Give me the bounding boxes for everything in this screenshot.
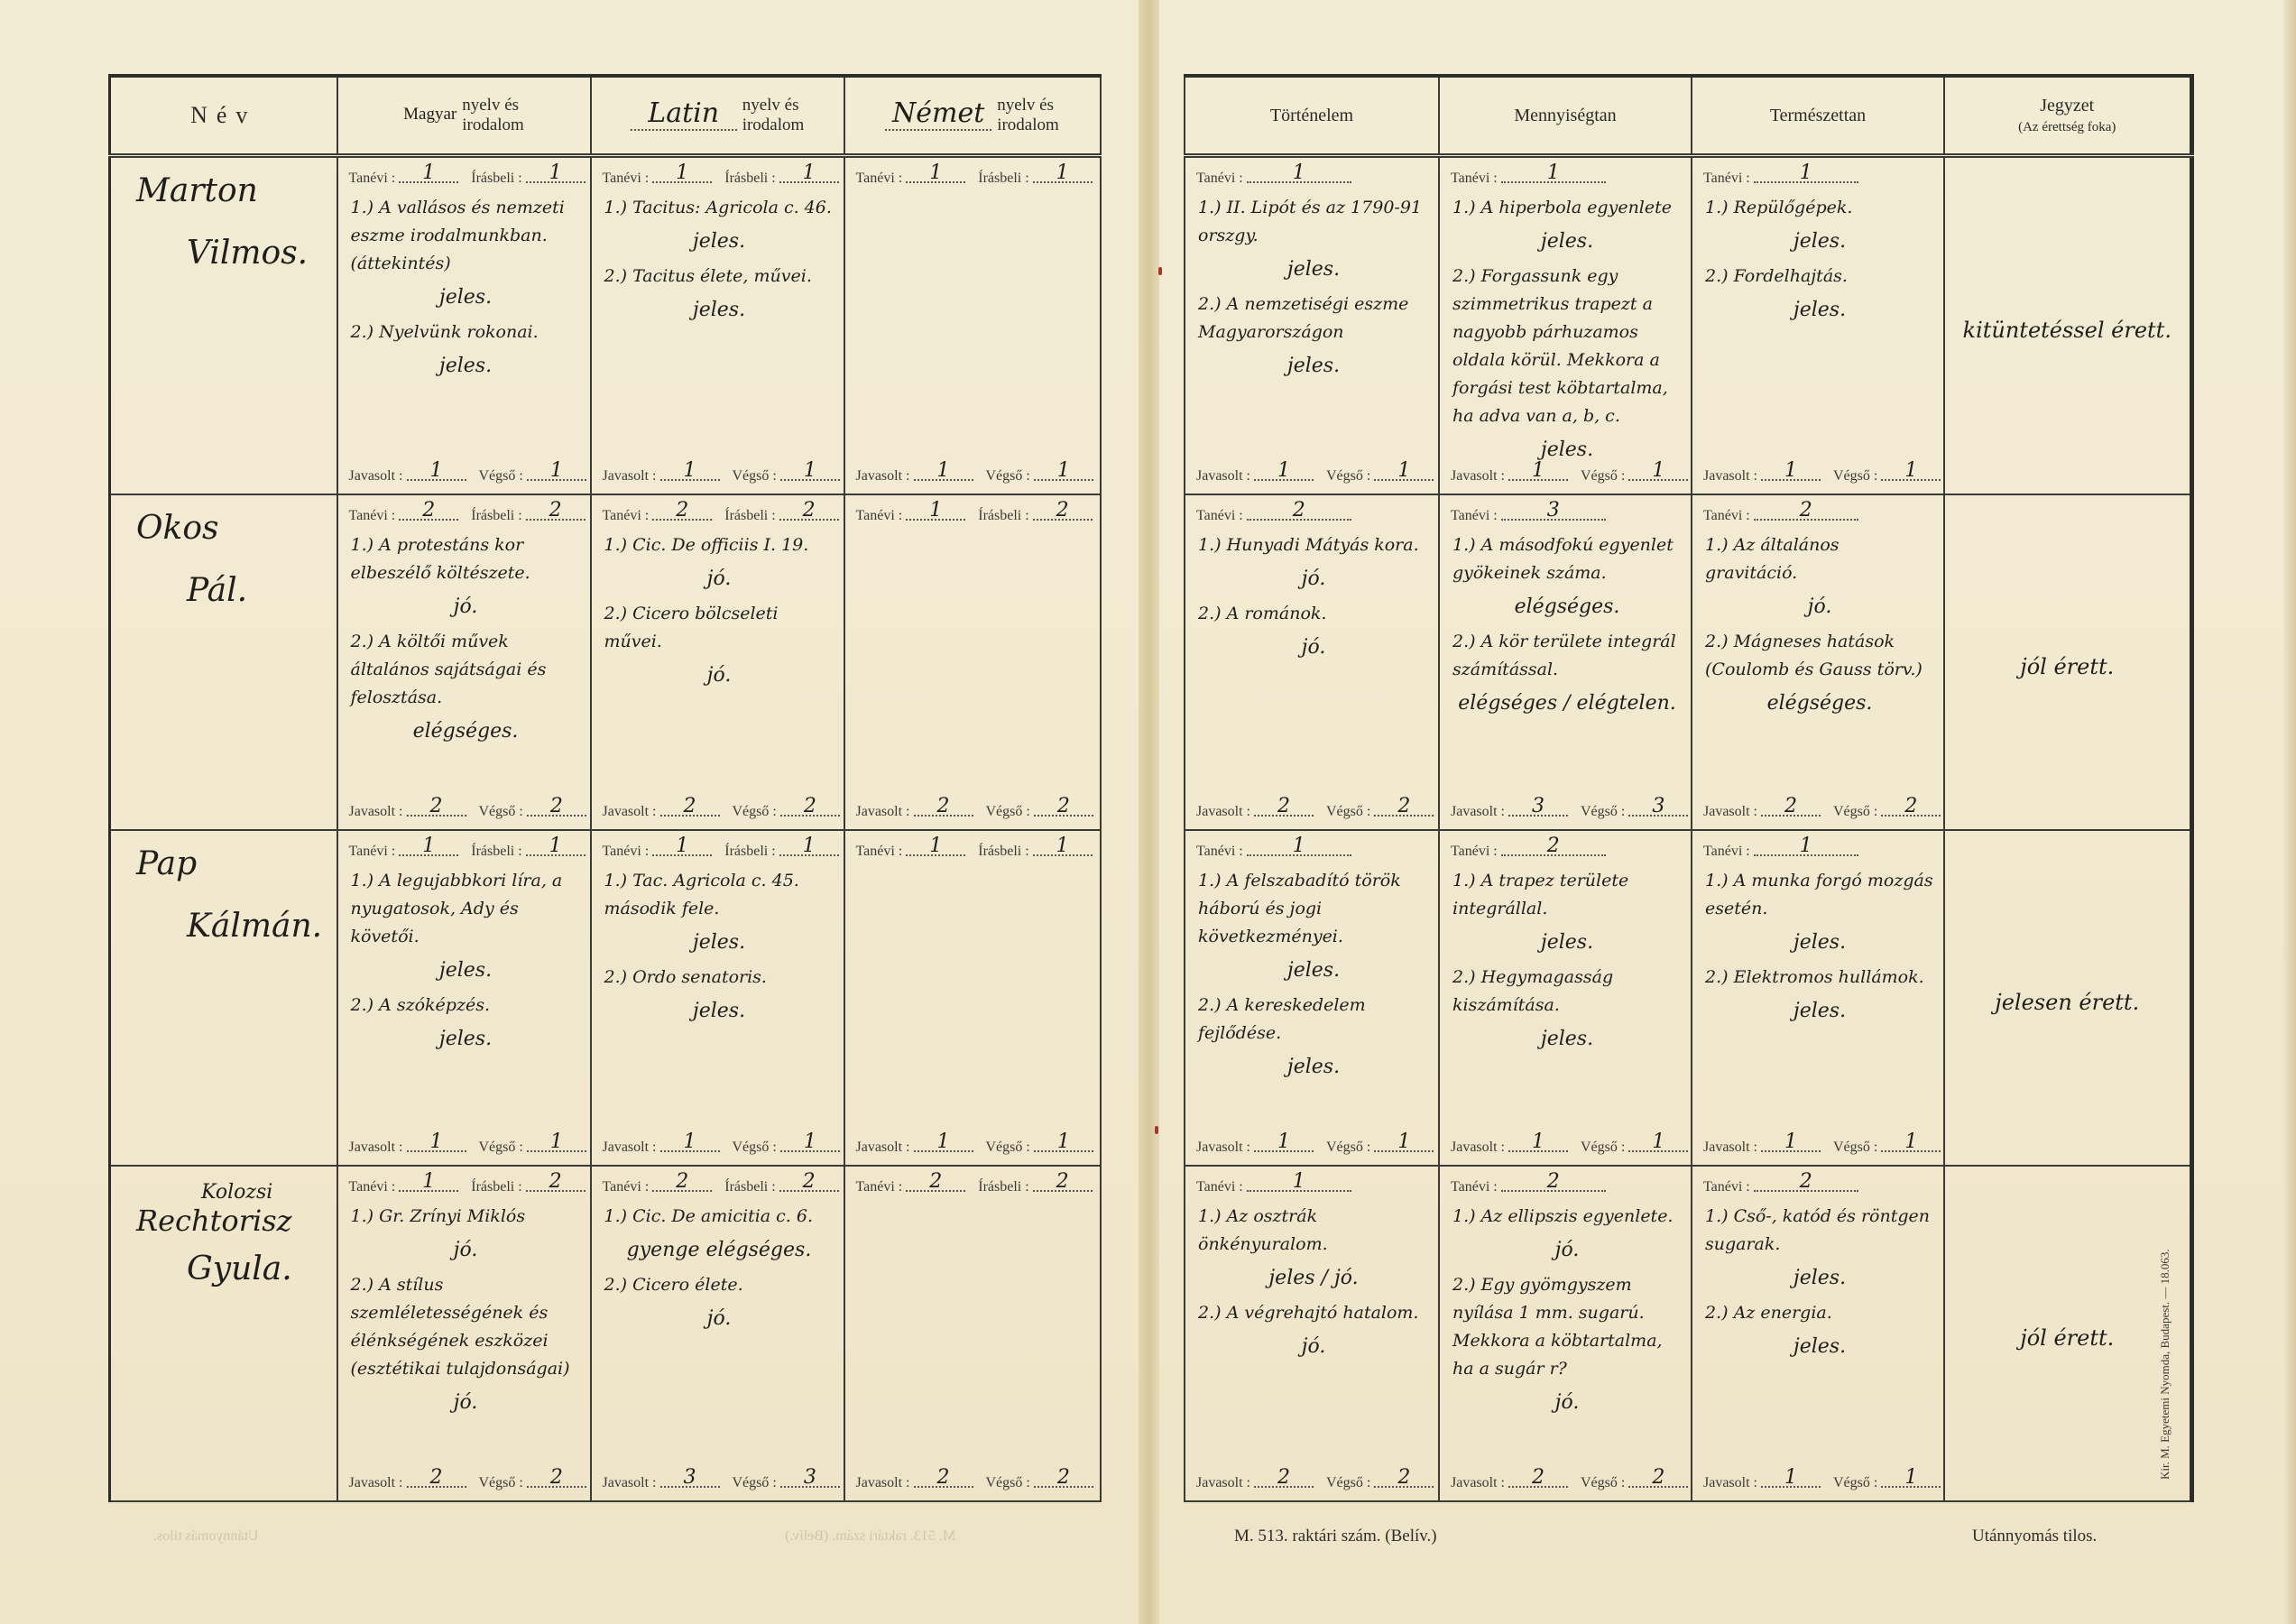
value-tanevi: 1	[1247, 165, 1351, 183]
cell-tortenelem: Tanévi : 11.) Az osztrák önkényuralom.je…	[1185, 1166, 1439, 1501]
cell-termeszettan: Tanévi : 21.) Cső-, katód és röntgen sug…	[1692, 1166, 1944, 1501]
value-javasolt: 1	[1761, 463, 1821, 481]
scores-top: Tanévi : 1	[1185, 1167, 1438, 1195]
exam-grade: jeles.	[351, 352, 581, 380]
binding-mark	[1158, 267, 1162, 275]
exam-topics: 1.) A protestáns kor elbeszélő költészet…	[338, 524, 590, 745]
label-vegso: Végső :	[1833, 804, 1877, 819]
exam-topic: 2.) Egy gyömgyszem nyílása 1 mm. sugarú.…	[1452, 1271, 1682, 1383]
value-tanevi: 1	[906, 503, 965, 521]
exam-topics: 1.) A trapez területe integrállal.jeles.…	[1440, 860, 1691, 1053]
scores-top: Tanévi : 1Írásbeli : 1	[338, 831, 590, 860]
label-javasolt: Javasolt :	[856, 804, 910, 819]
cell-jegyzet: jól érett.	[1944, 1166, 2191, 1501]
exam-topics: 1.) A másodfokú egyenlet gyökeinek száma…	[1440, 524, 1691, 717]
exam-topics: 1.) Gr. Zrínyi Miklósjó.2.) A stílus sze…	[338, 1195, 590, 1416]
exam-grade: jeles.	[1705, 1333, 1934, 1361]
label-vegso: Végső :	[733, 1475, 777, 1490]
value-vegso: 1	[1374, 1134, 1434, 1152]
exam-grade: jeles.	[1705, 1264, 1934, 1292]
exam-grade: jeles.	[604, 997, 834, 1025]
label-javasolt: Javasolt :	[1703, 468, 1757, 484]
label-tanevi: Tanévi :	[1703, 508, 1750, 523]
exam-topic: 1.) A protestáns kor elbeszélő költészet…	[351, 531, 581, 587]
value-javasolt: 1	[1254, 1134, 1314, 1152]
scores-top: Tanévi : 2Írásbeli : 2	[845, 1167, 1100, 1195]
label-tanevi: Tanévi :	[1703, 171, 1750, 186]
exam-topics: 1.) Cic. De officiis I. 19.jó.2.) Cicero…	[592, 524, 844, 689]
label-irasbeli: Írásbeli :	[471, 508, 521, 523]
value-vegso: 2	[1034, 1470, 1093, 1488]
label-vegso: Végső :	[479, 1140, 523, 1155]
label-javasolt: Javasolt :	[856, 1140, 910, 1155]
exam-topics: 1.) A legujabbkori líra, a nyugatosok, A…	[338, 860, 590, 1053]
exam-topic: 1.) Cic. De amicitia c. 6.	[604, 1203, 834, 1231]
student-row: Tanévi : 11.) II. Lipót és az 1790-91 or…	[1185, 156, 2191, 495]
scores-bottom: Javasolt : 1Végső : 1	[349, 466, 599, 484]
value-tanevi: 1	[399, 165, 458, 183]
label-vegso: Végső :	[1581, 1475, 1625, 1490]
exam-grade: jó.	[604, 661, 834, 689]
label-vegso: Végső :	[986, 1140, 1030, 1155]
value-irasbeli: 2	[1033, 503, 1093, 521]
cell-nemet: Tanévi : 1Írásbeli : 2Javasolt : 2Végső …	[844, 494, 1101, 830]
exam-topic: 2.) A végrehajtó hatalom.	[1198, 1299, 1429, 1327]
exam-topic: 2.) Forgassunk egy szimmetrikus trapezt …	[1452, 263, 1682, 430]
bleed-through-text: M. 513. raktári szám. (Belív.)	[785, 1528, 955, 1545]
cell-jegyzet: jelesen érett.	[1944, 830, 2191, 1166]
label-irasbeli: Írásbeli :	[978, 844, 1028, 859]
value-vegso: 1	[1628, 463, 1688, 481]
exam-topic: 2.) A szóképzés.	[351, 992, 581, 1020]
student-row: KolozsiRechtoriszGyula.Tanévi : 1Írásbel…	[110, 1166, 1101, 1501]
value-vegso: 2	[1034, 798, 1093, 817]
scores-bottom: Javasolt : 1Végső : 1	[603, 466, 853, 484]
header-latin-prefix: Latin	[631, 100, 737, 131]
exam-grade: jeles.	[1705, 997, 1934, 1025]
student-given-name: Gyula.	[136, 1250, 337, 1287]
scores-top: Tanévi : 1Írásbeli : 1	[592, 158, 844, 187]
label-tanevi: Tanévi :	[1451, 844, 1498, 859]
scores-top: Tanévi : 2Írásbeli : 2	[338, 495, 590, 524]
value-vegso: 1	[1881, 1470, 1941, 1488]
exam-grade: jó.	[1705, 593, 1934, 621]
scores-top: Tanévi : 1Írásbeli : 2	[338, 1167, 590, 1195]
exam-grade: jó.	[1452, 1389, 1682, 1416]
label-vegso: Végső :	[1833, 468, 1877, 484]
header-jegyzet-subtitle: (Az érettség foka)	[1945, 120, 2190, 135]
header-latin: Latin nyelv ésirodalom	[591, 76, 844, 156]
scores-top: Tanévi : 1	[1185, 831, 1438, 860]
label-irasbeli: Írásbeli :	[471, 844, 521, 859]
exam-topic: 2.) Fordelhajtás.	[1705, 263, 1934, 291]
label-vegso: Végső :	[733, 804, 777, 819]
scores-bottom: Javasolt : 2Végső : 2	[856, 802, 1106, 820]
exam-topic: 1.) A legujabbkori líra, a nyugatosok, A…	[351, 867, 581, 951]
student-row: Tanévi : 21.) Hunyadi Mátyás kora.jó.2.)…	[1185, 494, 2191, 830]
label-javasolt: Javasolt :	[603, 1140, 657, 1155]
value-tanevi: 1	[652, 838, 712, 856]
value-tanevi: 1	[906, 165, 965, 183]
exam-topic: 1.) Az általános gravitáció.	[1705, 531, 1934, 587]
exam-topic: 1.) A felszabadító török háború és jogi …	[1198, 867, 1429, 951]
label-irasbeli: Írásbeli :	[978, 171, 1028, 186]
value-irasbeli: 2	[526, 503, 586, 521]
label-irasbeli: Írásbeli :	[978, 1179, 1028, 1195]
value-tanevi: 2	[652, 1174, 712, 1192]
scores-bottom: Javasolt : 1Végső : 1	[1451, 466, 1701, 484]
label-javasolt: Javasolt :	[856, 468, 910, 484]
value-tanevi: 2	[399, 503, 458, 521]
exam-grade: jeles.	[351, 1025, 581, 1053]
exam-grade: elégséges.	[351, 717, 581, 745]
scores-top: Tanévi : 1Írásbeli : 1	[845, 831, 1100, 860]
label-tanevi: Tanévi :	[856, 1179, 903, 1195]
label-tanevi: Tanévi :	[1196, 171, 1243, 186]
label-tanevi: Tanévi :	[856, 171, 903, 186]
scores-top: Tanévi : 2Írásbeli : 2	[592, 495, 844, 524]
value-irasbeli: 1	[779, 165, 839, 183]
label-irasbeli: Írásbeli :	[471, 1179, 521, 1195]
exam-topic: 2.) Az energia.	[1705, 1299, 1934, 1327]
exam-grade: jó.	[1198, 1333, 1429, 1361]
exam-topics: 1.) Az ellipszis egyenlete.jó.2.) Egy gy…	[1440, 1195, 1691, 1416]
value-irasbeli: 2	[779, 503, 839, 521]
value-javasolt: 1	[1508, 463, 1568, 481]
exam-grade: jeles.	[1705, 296, 1934, 324]
exam-grade: jeles.	[1705, 928, 1934, 956]
value-tanevi: 1	[1754, 165, 1858, 183]
header-mennyisegtan: Mennyiségtan	[1439, 76, 1692, 156]
exam-topic: 2.) A költői művek általános sajátságai …	[351, 628, 581, 712]
student-name-cell: OkosPál.	[110, 494, 337, 830]
label-vegso: Végső :	[986, 1475, 1030, 1490]
value-tanevi: 2	[1247, 503, 1351, 521]
label-javasolt: Javasolt :	[349, 468, 403, 484]
exam-topic: 2.) A stílus szemléletességének és élénk…	[351, 1271, 581, 1383]
header-nemet-prefix: Német	[885, 100, 991, 131]
label-vegso: Végső :	[479, 804, 523, 819]
exam-topics: 1.) Hunyadi Mátyás kora.jó.2.) A románok…	[1185, 524, 1438, 661]
value-irasbeli: 1	[1033, 838, 1093, 856]
header-magyar-line1: nyelv és	[462, 96, 519, 115]
exam-topic: 1.) Gr. Zrínyi Miklós	[351, 1203, 581, 1231]
exam-grade: jeles.	[604, 928, 834, 956]
exam-topic: 2.) Nyelvünk rokonai.	[351, 318, 581, 346]
label-javasolt: Javasolt :	[349, 1475, 403, 1490]
student-surname: Rechtorisz	[136, 1204, 337, 1238]
label-vegso: Végső :	[1326, 1475, 1370, 1490]
value-vegso: 2	[780, 798, 840, 817]
label-tanevi: Tanévi :	[1703, 1179, 1750, 1195]
scores-bottom: Javasolt : 1Végső : 1	[603, 1138, 853, 1156]
student-surname: Pap	[136, 845, 337, 882]
value-javasolt: 1	[407, 463, 466, 481]
student-given-name: Vilmos.	[136, 235, 337, 272]
scores-bottom: Javasolt : 2Végső : 2	[603, 802, 853, 820]
cell-latin: Tanévi : 2Írásbeli : 21.) Cic. De amicit…	[591, 1166, 844, 1501]
value-tanevi: 1	[399, 838, 458, 856]
label-irasbeli: Írásbeli :	[724, 508, 775, 523]
label-javasolt: Javasolt :	[349, 1140, 403, 1155]
exam-grade: jó.	[351, 593, 581, 621]
label-vegso: Végső :	[1326, 468, 1370, 484]
scores-top: Tanévi : 1Írásbeli : 1	[592, 831, 844, 860]
scores-bottom: Javasolt : 2Végső : 2	[1703, 802, 1953, 820]
label-tanevi: Tanévi :	[603, 844, 650, 859]
label-vegso: Végső :	[1326, 804, 1370, 819]
value-vegso: 2	[1881, 798, 1941, 817]
value-irasbeli: 2	[779, 1174, 839, 1192]
label-javasolt: Javasolt :	[1196, 468, 1250, 484]
left-grade-table: Név Magyar nyelv ésirodalom Latin nyelv …	[108, 74, 1102, 1502]
exam-topic: 2.) Cicero bölcseleti művei.	[604, 600, 834, 656]
value-vegso: 1	[1374, 463, 1434, 481]
exam-grade: jó.	[604, 565, 834, 593]
exam-topics	[845, 187, 1100, 194]
student-surname: Marton	[136, 172, 337, 209]
value-vegso: 1	[1034, 1134, 1093, 1152]
value-javasolt: 1	[1254, 463, 1314, 481]
value-tanevi: 2	[652, 503, 712, 521]
maturity-grade-note: jól érett.	[1945, 1320, 2190, 1356]
value-irasbeli: 1	[526, 838, 586, 856]
scores-bottom: Javasolt : 1Végső : 1	[1451, 1138, 1701, 1156]
value-vegso: 2	[527, 798, 586, 817]
value-tanevi: 1	[399, 1174, 458, 1192]
value-tanevi: 1	[1247, 838, 1351, 856]
exam-topic: 2.) A kör területe integrál számítással.	[1452, 628, 1682, 684]
scores-top: Tanévi : 2Írásbeli : 2	[592, 1167, 844, 1195]
book-gutter	[1139, 0, 1159, 1624]
label-tanevi: Tanévi :	[1196, 508, 1243, 523]
cell-termeszettan: Tanévi : 11.) A munka forgó mozgás eseté…	[1692, 830, 1944, 1166]
label-vegso: Végső :	[733, 1140, 777, 1155]
exam-grade: jeles.	[351, 956, 581, 984]
value-javasolt: 2	[914, 798, 973, 817]
scores-bottom: Javasolt : 2Végső : 2	[349, 1473, 599, 1491]
label-vegso: Végső :	[479, 1475, 523, 1490]
scores-bottom: Javasolt : 1Végső : 1	[1703, 466, 1953, 484]
exam-topic: 1.) II. Lipót és az 1790-91 orszgy.	[1198, 194, 1429, 250]
label-javasolt: Javasolt :	[603, 804, 657, 819]
header-magyar-prefix: Magyar	[403, 101, 456, 130]
label-tanevi: Tanévi :	[349, 171, 396, 186]
header-name: Név	[110, 76, 337, 156]
exam-grade: jeles.	[604, 227, 834, 255]
student-row: PapKálmán.Tanévi : 1Írásbeli : 11.) A le…	[110, 830, 1101, 1166]
scores-bottom: Javasolt : 3Végső : 3	[603, 1473, 853, 1491]
student-row: Tanévi : 11.) Az osztrák önkényuralom.je…	[1185, 1166, 2191, 1501]
exam-topic: 2.) Cicero élete.	[604, 1271, 834, 1299]
cell-latin: Tanévi : 1Írásbeli : 11.) Tacitus: Agric…	[591, 156, 844, 495]
exam-topic: 2.) Hegymagasság kiszámítása.	[1452, 964, 1682, 1020]
label-tanevi: Tanévi :	[1196, 844, 1243, 859]
value-tanevi: 2	[1754, 503, 1858, 521]
exam-topic: 1.) Tac. Agricola c. 45. második fele.	[604, 867, 834, 923]
student-name-cell: KolozsiRechtoriszGyula.	[110, 1166, 337, 1501]
exam-topics: 1.) II. Lipót és az 1790-91 orszgy.jeles…	[1185, 187, 1438, 380]
scores-top: Tanévi : 3	[1440, 495, 1691, 524]
exam-topic: 2.) A nemzetiségi eszme Magyarországon	[1198, 291, 1429, 346]
cell-jegyzet: jól érett.	[1944, 494, 2191, 830]
maturity-grade-note: kitüntetéssel érett.	[1945, 312, 2190, 348]
value-irasbeli: 1	[779, 838, 839, 856]
label-irasbeli: Írásbeli :	[724, 1179, 775, 1195]
label-tanevi: Tanévi :	[603, 508, 650, 523]
value-javasolt: 3	[1508, 798, 1568, 817]
cell-nemet: Tanévi : 1Írásbeli : 1Javasolt : 1Végső …	[844, 830, 1101, 1166]
exam-grade: elégséges / elégtelen.	[1452, 689, 1682, 717]
header-nemet: Német nyelv ésirodalom	[844, 76, 1101, 156]
header-jegyzet-title: Jegyzet	[2040, 96, 2094, 115]
label-irasbeli: Írásbeli :	[724, 171, 775, 186]
exam-topics: 1.) Az általános gravitáció.jó.2.) Mágne…	[1692, 524, 1943, 717]
scores-top: Tanévi : 1	[1185, 158, 1438, 187]
footer-reprint-notice: Utánnyomás tilos.	[1972, 1527, 2097, 1546]
label-vegso: Végső :	[1581, 468, 1625, 484]
value-vegso: 1	[780, 463, 840, 481]
student-name-prefix: Kolozsi	[136, 1181, 337, 1204]
scores-bottom: Javasolt : 2Végső : 2	[1196, 1473, 1446, 1491]
value-tanevi: 1	[1247, 1174, 1351, 1192]
exam-topic: 2.) Ordo senatoris.	[604, 964, 834, 992]
exam-topics: 1.) A felszabadító török háború és jogi …	[1185, 860, 1438, 1081]
cell-termeszettan: Tanévi : 21.) Az általános gravitáció.jó…	[1692, 494, 1944, 830]
exam-grade: gyenge elégséges.	[604, 1236, 834, 1264]
label-vegso: Végső :	[1833, 1475, 1877, 1490]
label-tanevi: Tanévi :	[856, 508, 903, 523]
value-javasolt: 1	[1761, 1470, 1821, 1488]
label-irasbeli: Írásbeli :	[471, 171, 521, 186]
value-tanevi: 1	[652, 165, 712, 183]
label-javasolt: Javasolt :	[1451, 1475, 1505, 1490]
student-name-cell: MartonVilmos.	[110, 156, 337, 495]
exam-grade: jeles.	[604, 296, 834, 324]
value-vegso: 1	[527, 463, 586, 481]
value-vegso: 3	[1628, 798, 1688, 817]
label-javasolt: Javasolt :	[1451, 1140, 1505, 1155]
exam-topic: 1.) A munka forgó mozgás esetén.	[1705, 867, 1934, 923]
cell-magyar: Tanévi : 2Írásbeli : 21.) A protestáns k…	[337, 494, 591, 830]
value-irasbeli: 2	[1033, 1174, 1093, 1192]
value-tanevi: 2	[1501, 1174, 1606, 1192]
exam-topic: 2.) A románok.	[1198, 600, 1429, 628]
value-vegso: 1	[1881, 1134, 1941, 1152]
exam-topic: 1.) A hiperbola egyenlete	[1452, 194, 1682, 222]
exam-topic: 1.) A vallásos és nemzeti eszme irodalmu…	[351, 194, 581, 278]
header-latin-line1: nyelv és	[742, 96, 799, 115]
exam-grade: jeles.	[1198, 1053, 1429, 1081]
label-vegso: Végső :	[1326, 1140, 1370, 1155]
header-tortenelem: Történelem	[1185, 76, 1439, 156]
exam-topic: 2.) A kereskedelem fejlődése.	[1198, 992, 1429, 1047]
scores-bottom: Javasolt : 1Végső : 1	[856, 466, 1106, 484]
scores-top: Tanévi : 1	[1440, 158, 1691, 187]
exam-topic: 1.) A másodfokú egyenlet gyökeinek száma…	[1452, 531, 1682, 587]
cell-jegyzet: kitüntetéssel érett.	[1944, 156, 2191, 495]
header-nemet-line2: irodalom	[997, 115, 1059, 134]
value-tanevi: 2	[906, 1174, 965, 1192]
scores-top: Tanévi : 2	[1440, 1167, 1691, 1195]
value-tanevi: 1	[1501, 165, 1606, 183]
exam-grade: jeles.	[1198, 352, 1429, 380]
exam-grade: jeles.	[351, 283, 581, 311]
label-javasolt: Javasolt :	[1451, 804, 1505, 819]
label-tanevi: Tanévi :	[1451, 1179, 1498, 1195]
exam-topic: 1.) A trapez területe integrállal.	[1452, 867, 1682, 923]
scores-bottom: Javasolt : 1Végső : 1	[349, 1138, 599, 1156]
value-tanevi: 1	[1754, 838, 1858, 856]
exam-grade: jó.	[604, 1305, 834, 1333]
value-javasolt: 1	[407, 1134, 466, 1152]
label-vegso: Végső :	[986, 804, 1030, 819]
value-vegso: 2	[1628, 1470, 1688, 1488]
scores-top: Tanévi : 2	[1185, 495, 1438, 524]
value-irasbeli: 2	[526, 1174, 586, 1192]
cell-mennyisegtan: Tanévi : 21.) Az ellipszis egyenlete.jó.…	[1439, 1166, 1692, 1501]
value-vegso: 3	[780, 1470, 840, 1488]
label-javasolt: Javasolt :	[603, 468, 657, 484]
value-javasolt: 1	[914, 1134, 973, 1152]
exam-topic: 1.) Cső-, katód és röntgen sugarak.	[1705, 1203, 1934, 1259]
label-tanevi: Tanévi :	[349, 508, 396, 523]
label-javasolt: Javasolt :	[1196, 804, 1250, 819]
exam-topics: 1.) Tac. Agricola c. 45. második fele.je…	[592, 860, 844, 1025]
cell-latin: Tanévi : 1Írásbeli : 11.) Tac. Agricola …	[591, 830, 844, 1166]
label-javasolt: Javasolt :	[1451, 468, 1505, 484]
maturity-grade-note: jól érett.	[1945, 649, 2190, 685]
label-vegso: Végső :	[986, 468, 1030, 484]
value-tanevi: 2	[1501, 838, 1606, 856]
value-vegso: 2	[1374, 798, 1434, 817]
cell-mennyisegtan: Tanévi : 31.) A másodfokú egyenlet gyöke…	[1439, 494, 1692, 830]
scores-top: Tanévi : 1Írásbeli : 1	[845, 158, 1100, 187]
student-given-name: Kálmán.	[136, 908, 337, 945]
scores-bottom: Javasolt : 1Végső : 1	[1703, 1138, 1953, 1156]
student-given-name: Pál.	[136, 572, 337, 609]
label-javasolt: Javasolt :	[1703, 1475, 1757, 1490]
label-vegso: Végső :	[733, 468, 777, 484]
cell-tortenelem: Tanévi : 21.) Hunyadi Mátyás kora.jó.2.)…	[1185, 494, 1439, 830]
value-vegso: 1	[1881, 463, 1941, 481]
scores-bottom: Javasolt : 3Végső : 3	[1451, 802, 1701, 820]
label-vegso: Végső :	[1581, 1140, 1625, 1155]
value-vegso: 1	[780, 1134, 840, 1152]
value-tanevi: 3	[1501, 503, 1606, 521]
student-surname: Okos	[136, 510, 337, 547]
exam-grade: jeles.	[1198, 255, 1429, 283]
exam-topic: 1.) Hunyadi Mátyás kora.	[1198, 531, 1429, 559]
scores-top: Tanévi : 1Írásbeli : 1	[338, 158, 590, 187]
cell-latin: Tanévi : 2Írásbeli : 21.) Cic. De offici…	[591, 494, 844, 830]
scores-top: Tanévi : 1Írásbeli : 2	[845, 495, 1100, 524]
value-javasolt: 2	[407, 1470, 466, 1488]
scores-top: Tanévi : 1	[1692, 831, 1943, 860]
value-javasolt: 2	[407, 798, 466, 817]
exam-topic: 1.) Cic. De officiis I. 19.	[604, 531, 834, 559]
header-magyar: Magyar nyelv ésirodalom	[337, 76, 591, 156]
exam-grade: jó.	[1452, 1236, 1682, 1264]
scores-bottom: Javasolt : 2Végső : 2	[1451, 1473, 1701, 1491]
header-latin-line2: irodalom	[742, 115, 805, 134]
value-vegso: 2	[1374, 1470, 1434, 1488]
value-javasolt: 1	[1761, 1134, 1821, 1152]
value-javasolt: 1	[660, 1134, 720, 1152]
label-tanevi: Tanévi :	[349, 1179, 396, 1195]
maturity-grade-note: jelesen érett.	[1945, 984, 2190, 1020]
scores-bottom: Javasolt : 2Végső : 2	[349, 802, 599, 820]
